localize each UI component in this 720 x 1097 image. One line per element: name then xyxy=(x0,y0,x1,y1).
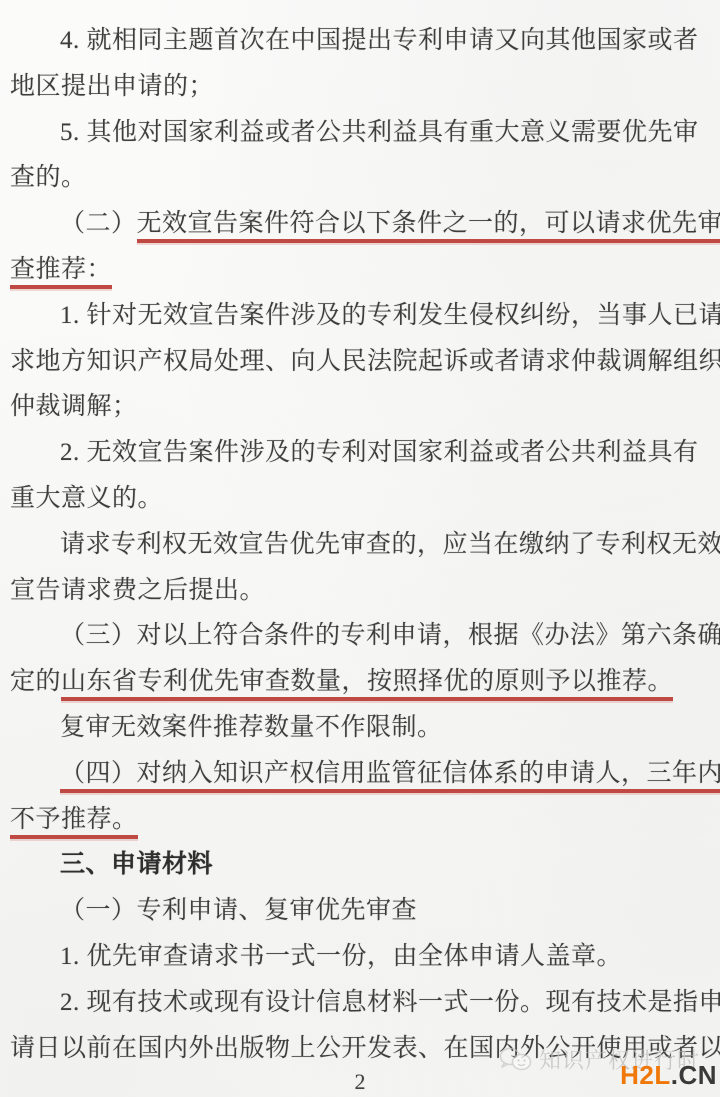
text-line: 不予推荐。 xyxy=(10,797,710,843)
text-line: 请求专利权无效宣告优先审查的，应当在缴纳了专利权无效 xyxy=(10,522,710,568)
text-segment: 地区提出申请的； xyxy=(10,73,214,100)
text-segment: （三）对以上符合条件的专利申请，根据《办法》第六条确 xyxy=(60,622,720,649)
text-line: 定的山东省专利优先审查数量，按照择优的原则予以推荐。 xyxy=(10,659,710,705)
text-segment: 查的。 xyxy=(10,164,87,191)
text-line: 5. 其他对国家利益或者公共利益具有重大意义需要优先审 xyxy=(10,110,710,156)
text-segment: 5. 其他对国家利益或者公共利益具有重大意义需要优先审 xyxy=(60,119,699,146)
text-segment: 1. 针对无效宣告案件涉及的专利发生侵权纠纷，当事人已请 xyxy=(60,302,720,329)
red-underlined-text: （四）对纳入知识产权信用监管征信体系的申请人，三年内 xyxy=(60,760,720,793)
text-segment: 2. 现有技术或现有设计信息材料一式一份。现有技术是指申 xyxy=(60,989,720,1016)
text-line: （二）无效宣告案件符合以下条件之一的，可以请求优先审 xyxy=(10,201,710,247)
text-segment: 定的 xyxy=(10,668,61,695)
red-underlined-text: 不予推荐。 xyxy=(10,806,138,839)
text-line: （一）专利申请、复审优先审查 xyxy=(10,888,710,934)
text-segment: （一）专利申请、复审优先审查 xyxy=(60,897,417,924)
red-underlined-text: 查推荐： xyxy=(10,256,112,289)
red-underlined-text: 无效宣告案件符合以下条件之一的，可以请求优先审 xyxy=(137,210,720,243)
text-segment: （二） xyxy=(60,210,137,237)
text-line: 1. 针对无效宣告案件涉及的专利发生侵权纠纷，当事人已请 xyxy=(10,293,710,339)
text-line: 查推荐： xyxy=(10,247,710,293)
text-line: 重大意义的。 xyxy=(10,476,710,522)
text-segment: 宣告请求费之后提出。 xyxy=(10,577,265,604)
text-line: 查的。 xyxy=(10,155,710,201)
scanned-document-page: 4. 就相同主题首次在中国提出专利申请又向其他国家或者地区提出申请的；5. 其他… xyxy=(0,0,720,1097)
text-line: 复审无效案件推荐数量不作限制。 xyxy=(10,705,710,751)
text-line: 2. 无效宣告案件涉及的专利对国家利益或者公共利益具有 xyxy=(10,430,710,476)
text-line: 求地方知识产权局处理、向人民法院起诉或者请求仲裁调解组织 xyxy=(10,339,710,385)
text-segment: 1. 优先审查请求书一式一份，由全体申请人盖章。 xyxy=(60,943,622,970)
text-segment: 三、申请材料 xyxy=(60,850,213,878)
text-segment: 求地方知识产权局处理、向人民法院起诉或者请求仲裁调解组织 xyxy=(10,348,720,375)
text-line: 三、申请材料 xyxy=(10,842,710,888)
text-line: 仲裁调解； xyxy=(10,384,710,430)
text-segment: 复审无效案件推荐数量不作限制。 xyxy=(60,714,443,741)
text-line: （三）对以上符合条件的专利申请，根据《办法》第六条确 xyxy=(10,613,710,659)
document-body: 4. 就相同主题首次在中国提出专利申请又向其他国家或者地区提出申请的；5. 其他… xyxy=(10,18,710,1071)
text-segment: 重大意义的。 xyxy=(10,485,163,512)
text-segment: 4. 就相同主题首次在中国提出专利申请又向其他国家或者 xyxy=(60,27,699,54)
text-line: 地区提出申请的； xyxy=(10,64,710,110)
text-segment: 2. 无效宣告案件涉及的专利对国家利益或者公共利益具有 xyxy=(60,439,699,466)
text-segment: 仲裁调解； xyxy=(10,393,138,420)
text-line: （四）对纳入知识产权信用监管征信体系的申请人，三年内 xyxy=(10,751,710,797)
text-segment: 请求专利权无效宣告优先审查的，应当在缴纳了专利权无效 xyxy=(60,531,720,558)
page-number: 2 xyxy=(0,1069,720,1095)
text-line: 宣告请求费之后提出。 xyxy=(10,568,710,614)
text-line: 4. 就相同主题首次在中国提出专利申请又向其他国家或者 xyxy=(10,18,710,64)
text-line: 1. 优先审查请求书一式一份，由全体申请人盖章。 xyxy=(10,934,710,980)
red-underlined-text: 山东省专利优先审查数量，按照择优的原则予以推荐。 xyxy=(61,668,673,701)
text-line: 2. 现有技术或现有设计信息材料一式一份。现有技术是指申 xyxy=(10,980,710,1026)
